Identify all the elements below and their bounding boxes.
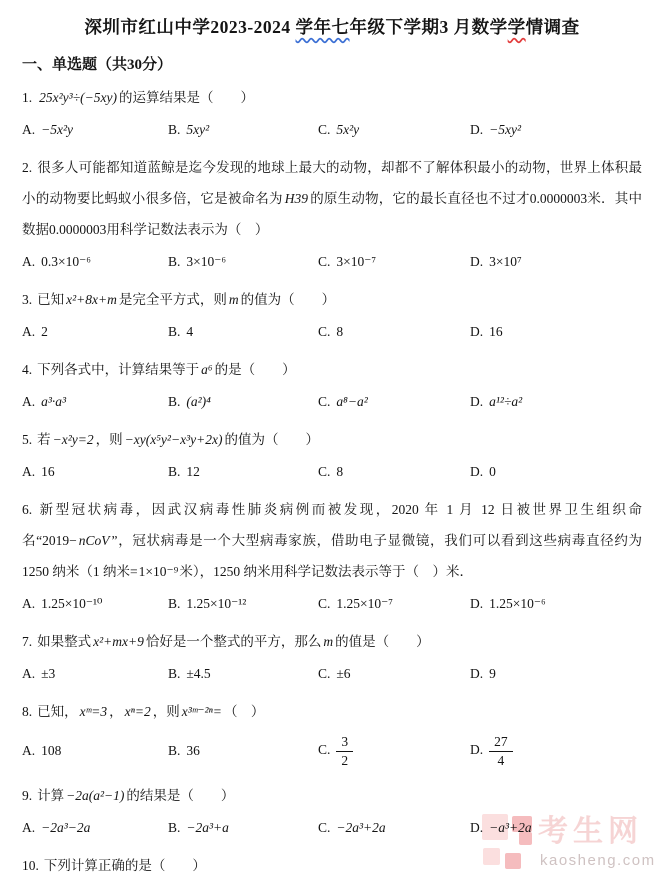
option-value: 1.25×10⁻¹⁰ (41, 596, 102, 611)
option-label: C. (318, 596, 330, 611)
option-label: A. (22, 666, 35, 681)
question-1-stem: 1.25x²y³÷(−5xy)的运算结果是（ ） (22, 82, 642, 113)
question-3: 3.已知x²+8x+m是完全平方式，则m的值为（ ） A.2 B.4 C.8 D… (22, 284, 642, 348)
option-value: 8 (336, 324, 343, 339)
option-label: C. (318, 324, 330, 339)
option-label: A. (22, 464, 35, 479)
question-number: 5. (22, 432, 32, 447)
option-value: 3×10⁷ (489, 254, 522, 269)
text-run: 的是（ ） (215, 362, 296, 377)
option-value: 16 (489, 324, 503, 339)
question-text: 很多人可能都知道蓝鲸是迄今发现的地球上最大的动物，却都不了解体积最小的动物，世界… (22, 160, 642, 237)
option-label: D. (470, 596, 483, 611)
question-8-stem: 8.已知，xᵐ=3，xⁿ=2，则x³ᵐ⁻²ⁿ=（ ） (22, 696, 642, 727)
text-run: 的运算结果是（ ） (119, 90, 254, 105)
text-run: 米），1250 纳米用科学记数法表示等于（ ）米． (179, 564, 473, 579)
question-4: 4.下列各式中，计算结果等于a⁶的是（ ） A.a³·a³ B.(a²)⁴ C.… (22, 354, 642, 418)
question-number: 2. (22, 160, 32, 175)
option-c: C.1.25×10⁻⁷ (318, 588, 470, 620)
option-value: (a²)⁴ (186, 394, 210, 409)
option-label: A. (22, 254, 35, 269)
option-label: B. (168, 820, 180, 835)
text-run: 的值是（ ） (335, 634, 430, 649)
option-label: D. (470, 464, 483, 479)
question-text: 计算−2a(a²−1)的结果是（ ） (37, 788, 234, 803)
option-a: A.−5x²y (22, 114, 168, 146)
option-value: 16 (41, 464, 55, 479)
option-d: D.−a³+2a (470, 812, 642, 844)
option-label: C. (318, 820, 330, 835)
text-run: 计算 (37, 788, 64, 803)
question-text: 下列各式中，计算结果等于a⁶的是（ ） (37, 362, 295, 377)
question-1: 1.25x²y³÷(−5xy)的运算结果是（ ） A.−5x²y B.5xy² … (22, 82, 642, 146)
option-label: D. (470, 666, 483, 681)
option-value: ±3 (41, 666, 55, 681)
question-6-options: A.1.25×10⁻¹⁰ B.1.25×10⁻¹² C.1.25×10⁻⁷ D.… (22, 588, 642, 620)
text-run: 下列各式中，计算结果等于 (37, 362, 199, 377)
question-7: 7.如果整式x²+mx+9恰好是一个整式的平方，那么m的值是（ ） A.±3 B… (22, 626, 642, 690)
option-label: C. (318, 666, 330, 681)
exam-page: 深圳市红山中学2023-2024 学年七年级下学期3 月数学学情调查 一、单选题… (0, 0, 662, 878)
option-label: D. (470, 324, 483, 339)
fraction-numerator: 3 (336, 734, 353, 752)
question-10-stem: 10.下列计算正确的是（ ） (22, 850, 642, 878)
question-9-options: A.−2a³−2a B.−2a³+a C.−2a³+2a D.−a³+2a (22, 812, 642, 844)
option-value: 0.3×10⁻⁶ (41, 254, 91, 269)
option-label: B. (168, 666, 180, 681)
option-value: 5x²y (336, 122, 359, 137)
text-run: 是完全平方式，则 (119, 292, 227, 307)
option-value: 2 (41, 324, 48, 339)
question-6-stem: 6.新型冠状病毒，因武汉病毒性肺炎病例而被发现，2020 年 1 月 12 日被… (22, 494, 642, 587)
formula: x²+mx+9 (91, 634, 146, 649)
text-run: 1×10⁻⁹ (138, 564, 180, 579)
exam-paper-page: { "title": { "seg1": "深圳市红山中学2023-2024 "… (0, 0, 662, 878)
option-d: D.1.25×10⁻⁶ (470, 588, 642, 620)
text-run: ， (109, 704, 123, 719)
fraction-value: 274 (489, 734, 513, 768)
text-run: （ ） (224, 704, 265, 719)
option-a: A.2 (22, 316, 168, 348)
fraction-numerator: 27 (489, 734, 513, 752)
option-a: A.108 (22, 735, 168, 767)
option-a: A.−2a³−2a (22, 812, 168, 844)
text-run: 如果整式 (37, 634, 91, 649)
question-7-stem: 7.如果整式x²+mx+9恰好是一个整式的平方，那么m的值是（ ） (22, 626, 642, 657)
option-value: 5xy² (186, 122, 209, 137)
option-b: B.12 (168, 456, 318, 488)
question-2: 2.很多人可能都知道蓝鲸是迄今发现的地球上最大的动物，却都不了解体积最小的动物，… (22, 152, 642, 278)
option-d: D.274 (470, 734, 642, 768)
option-c: C.−2a³+2a (318, 812, 470, 844)
option-a: A.±3 (22, 658, 168, 690)
text-run: 的值为（ ） (224, 432, 319, 447)
question-text: 25x²y³÷(−5xy)的运算结果是（ ） (37, 90, 254, 105)
text-run: 已知， (37, 704, 78, 719)
question-2-stem: 2.很多人可能都知道蓝鲸是迄今发现的地球上最大的动物，却都不了解体积最小的动物，… (22, 152, 642, 245)
formula: 25x²y³÷(−5xy) (37, 90, 119, 105)
question-1-options: A.−5x²y B.5xy² C.5x²y D.−5xy² (22, 114, 642, 146)
formula: nCoV (77, 533, 112, 548)
option-b: B.−2a³+a (168, 812, 318, 844)
option-c: C.±6 (318, 658, 470, 690)
question-8-options: A.108 B.36 C.32 D.274 (22, 728, 642, 774)
question-2-options: A.0.3×10⁻⁶ B.3×10⁻⁶ C.3×10⁻⁷ D.3×10⁷ (22, 246, 642, 278)
option-c: C.3×10⁻⁷ (318, 246, 470, 278)
fraction-value: 32 (336, 734, 353, 768)
question-number: 6. (22, 502, 32, 517)
option-value: 1.25×10⁻⁷ (336, 596, 393, 611)
option-b: B.4 (168, 316, 318, 348)
option-label: D. (470, 820, 483, 835)
option-value: 8 (336, 464, 343, 479)
option-value: a⁸−a² (336, 394, 367, 409)
formula: x²+8x+m (64, 292, 119, 307)
question-9-stem: 9.计算−2a(a²−1)的结果是（ ） (22, 780, 642, 811)
option-d: D.16 (470, 316, 642, 348)
option-value: −2a³+2a (336, 820, 385, 835)
formula: m (321, 634, 335, 649)
question-text: 若−x²y=2，则−xy(x⁵y²−x³y+2x)的值为（ ） (37, 432, 319, 447)
fraction-denominator: 2 (336, 752, 353, 769)
option-value: 1.25×10⁻⁶ (489, 596, 546, 611)
option-label: C. (318, 464, 330, 479)
question-number: 3. (22, 292, 32, 307)
title-text-spellcheck-red: 学 (508, 17, 526, 37)
text-run: 已知 (37, 292, 64, 307)
formula: xᵐ=3 (78, 704, 109, 719)
question-6: 6.新型冠状病毒，因武汉病毒性肺炎病例而被发现，2020 年 1 月 12 日被… (22, 494, 642, 620)
title-text: 年级下学期3 月数学 (350, 17, 508, 37)
option-b: B.±4.5 (168, 658, 318, 690)
option-c: C.8 (318, 456, 470, 488)
formula: −2a(a²−1) (64, 788, 126, 803)
question-text: 新型冠状病毒，因武汉病毒性肺炎病例而被发现，2020 年 1 月 12 日被世界… (22, 502, 642, 579)
option-label: D. (470, 742, 483, 757)
option-value: 3×10⁻⁷ (336, 254, 376, 269)
option-label: C. (318, 394, 330, 409)
title-text: 情调查 (526, 17, 580, 37)
option-d: D.−5xy² (470, 114, 642, 146)
fraction-denominator: 4 (489, 752, 513, 769)
option-b: B.(a²)⁴ (168, 386, 318, 418)
title-text: 深圳市红山中学2023-2024 (84, 17, 295, 37)
option-label: A. (22, 743, 35, 758)
option-value: −a³+2a (489, 820, 532, 835)
option-b: B.5xy² (168, 114, 318, 146)
option-value: 108 (41, 743, 61, 758)
formula: −xy(x⁵y²−x³y+2x) (123, 432, 225, 447)
text-run: ，则 (96, 432, 123, 447)
option-value: 1.25×10⁻¹² (186, 596, 246, 611)
question-number: 9. (22, 788, 32, 803)
title-text-spellcheck-blue: 学年七 (296, 17, 350, 37)
option-c: C.8 (318, 316, 470, 348)
page-title: 深圳市红山中学2023-2024 学年七年级下学期3 月数学学情调查 (22, 14, 642, 40)
option-value: 9 (489, 666, 496, 681)
question-number: 10. (22, 858, 39, 873)
formula: m (227, 292, 241, 307)
option-a: A.1.25×10⁻¹⁰ (22, 588, 168, 620)
text-run: 下列计算正确的是（ ） (44, 858, 206, 873)
option-label: C. (318, 742, 330, 757)
option-value: 0 (489, 464, 496, 479)
question-4-options: A.a³·a³ B.(a²)⁴ C.a⁸−a² D.a¹²÷a² (22, 386, 642, 418)
option-d: D.3×10⁷ (470, 246, 642, 278)
option-c: C.32 (318, 734, 470, 768)
text-run: ，则 (153, 704, 180, 719)
section-header: 一、单选题（共30分） (22, 54, 642, 76)
option-label: A. (22, 394, 35, 409)
question-text: 如果整式x²+mx+9恰好是一个整式的平方，那么m的值是（ ） (37, 634, 430, 649)
question-10: 10.下列计算正确的是（ ） (22, 850, 642, 878)
option-value: ±4.5 (186, 666, 210, 681)
option-b: B.3×10⁻⁶ (168, 246, 318, 278)
question-7-options: A.±3 B.±4.5 C.±6 D.9 (22, 658, 642, 690)
question-5-stem: 5.若−x²y=2，则−xy(x⁵y²−x³y+2x)的值为（ ） (22, 424, 642, 455)
option-value: −2a³+a (186, 820, 229, 835)
question-text: 已知，xᵐ=3，xⁿ=2，则x³ᵐ⁻²ⁿ=（ ） (37, 704, 264, 719)
question-number: 4. (22, 362, 32, 377)
option-value: 36 (186, 743, 200, 758)
option-label: D. (470, 254, 483, 269)
formula: a⁶ (199, 362, 214, 377)
option-c: C.5x²y (318, 114, 470, 146)
option-b: B.1.25×10⁻¹² (168, 588, 318, 620)
question-5-options: A.16 B.12 C.8 D.0 (22, 456, 642, 488)
question-9: 9.计算−2a(a²−1)的结果是（ ） A.−2a³−2a B.−2a³+a … (22, 780, 642, 844)
question-number: 7. (22, 634, 32, 649)
question-text: 已知x²+8x+m是完全平方式，则m的值为（ ） (37, 292, 335, 307)
option-label: D. (470, 394, 483, 409)
option-a: A.16 (22, 456, 168, 488)
option-label: D. (470, 122, 483, 137)
text-run: 的结果是（ ） (126, 788, 234, 803)
text-run: 恰好是一个整式的平方，那么 (146, 634, 322, 649)
option-label: B. (168, 324, 180, 339)
option-d: D.0 (470, 456, 642, 488)
option-label: A. (22, 324, 35, 339)
option-value: a¹²÷a² (489, 394, 522, 409)
option-label: B. (168, 254, 180, 269)
option-value: −5xy² (489, 122, 521, 137)
option-c: C.a⁸−a² (318, 386, 470, 418)
question-3-stem: 3.已知x²+8x+m是完全平方式，则m的值为（ ） (22, 284, 642, 315)
option-label: A. (22, 596, 35, 611)
option-label: C. (318, 122, 330, 137)
option-value: 3×10⁻⁶ (186, 254, 226, 269)
formula: H39 (283, 191, 310, 206)
option-value: 12 (186, 464, 200, 479)
question-5: 5.若−x²y=2，则−xy(x⁵y²−x³y+2x)的值为（ ） A.16 B… (22, 424, 642, 488)
option-d: D.a¹²÷a² (470, 386, 642, 418)
question-8: 8.已知，xᵐ=3，xⁿ=2，则x³ᵐ⁻²ⁿ=（ ） A.108 B.36 C.… (22, 696, 642, 774)
text-run: 若 (37, 432, 51, 447)
question-number: 8. (22, 704, 32, 719)
question-4-stem: 4.下列各式中，计算结果等于a⁶的是（ ） (22, 354, 642, 385)
option-label: A. (22, 122, 35, 137)
option-value: a³·a³ (41, 394, 66, 409)
option-label: B. (168, 596, 180, 611)
option-d: D.9 (470, 658, 642, 690)
formula: x³ᵐ⁻²ⁿ= (180, 704, 224, 719)
option-a: A.0.3×10⁻⁶ (22, 246, 168, 278)
option-label: B. (168, 394, 180, 409)
option-label: C. (318, 254, 330, 269)
option-value: −2a³−2a (41, 820, 90, 835)
option-label: B. (168, 743, 180, 758)
option-label: A. (22, 820, 35, 835)
option-value: 4 (186, 324, 193, 339)
question-number: 1. (22, 90, 32, 105)
question-3-options: A.2 B.4 C.8 D.16 (22, 316, 642, 348)
formula: −x²y=2 (51, 432, 96, 447)
option-value: ±6 (336, 666, 350, 681)
option-a: A.a³·a³ (22, 386, 168, 418)
text-run: 的值为（ ） (241, 292, 336, 307)
formula: xⁿ=2 (123, 704, 153, 719)
option-label: B. (168, 464, 180, 479)
question-text: 下列计算正确的是（ ） (44, 858, 206, 873)
option-label: B. (168, 122, 180, 137)
option-b: B.36 (168, 735, 318, 767)
option-value: −5x²y (41, 122, 73, 137)
